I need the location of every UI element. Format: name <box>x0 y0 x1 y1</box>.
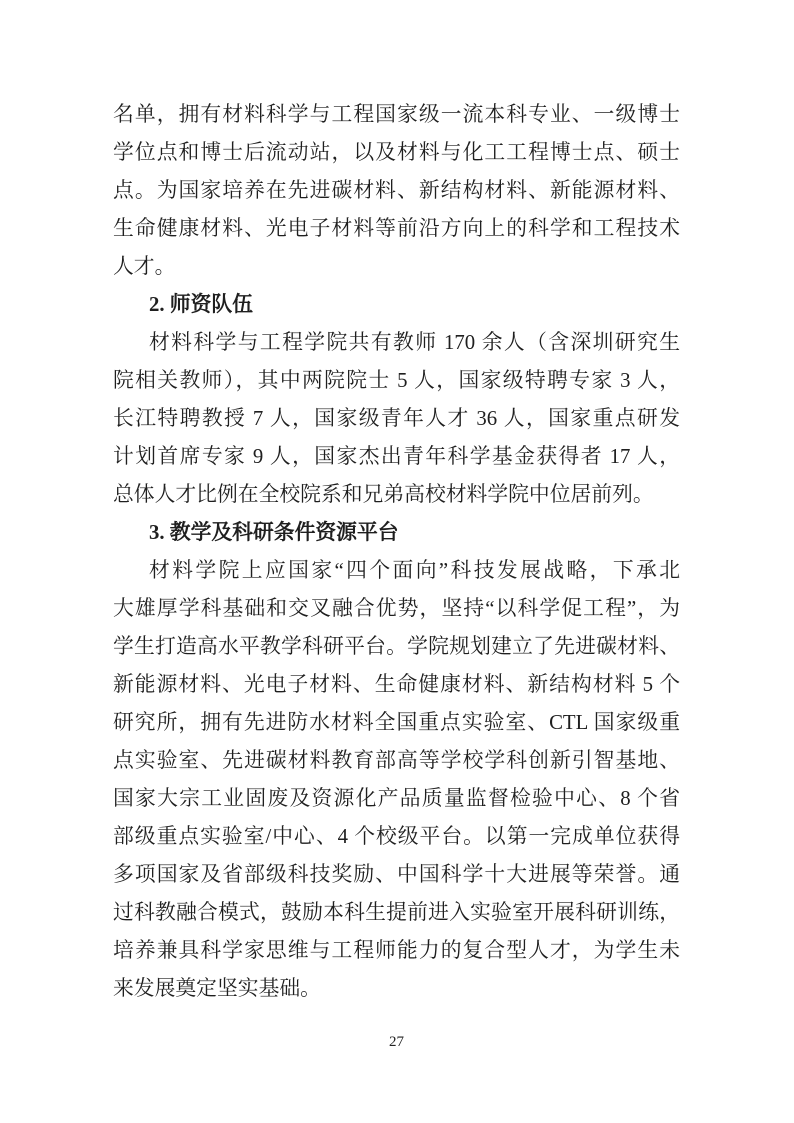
text-line: 大雄厚学科基础和交叉融合优势，坚持“以科学促工程”，为 <box>113 590 680 628</box>
page-number: 27 <box>113 1034 680 1051</box>
text-line: 长江特聘教授 7 人，国家级青年人才 36 人，国家重点研发 <box>113 400 680 438</box>
text-line: 过科教融合模式，鼓励本科生提前进入实验室开展科研训练， <box>113 894 680 932</box>
document-page: 名单，拥有材料科学与工程国家级一流本科专业、一级博士学位点和博士后流动站，以及材… <box>0 0 794 1123</box>
text-line: 学位点和博士后流动站，以及材料与化工工程博士点、硕士 <box>113 134 680 172</box>
text-line: 培养兼具科学家思维与工程师能力的复合型人才，为学生未 <box>113 932 680 970</box>
text-line: 计划首席专家 9 人，国家杰出青年科学基金获得者 17 人， <box>113 438 680 476</box>
text-line: 材料科学与工程学院共有教师 170 余人（含深圳研究生 <box>113 324 680 362</box>
text-line: 新能源材料、光电子材料、生命健康材料、新结构材料 5 个 <box>113 666 680 704</box>
section-heading: 3. 教学及科研条件资源平台 <box>113 514 680 552</box>
text-line: 名单，拥有材料科学与工程国家级一流本科专业、一级博士 <box>113 96 680 134</box>
paragraph: 名单，拥有材料科学与工程国家级一流本科专业、一级博士学位点和博士后流动站，以及材… <box>113 96 680 286</box>
text-line: 研究所，拥有先进防水材料全国重点实验室、CTL 国家级重 <box>113 704 680 742</box>
text-line: 来发展奠定坚实基础。 <box>113 970 680 1008</box>
text-line: 国家大宗工业固废及资源化产品质量监督检验中心、8 个省 <box>113 780 680 818</box>
text-line: 点实验室、先进碳材料教育部高等学校学科创新引智基地、 <box>113 742 680 780</box>
text-line: 人才。 <box>113 248 680 286</box>
text-line: 院相关教师），其中两院院士 5 人，国家级特聘专家 3 人， <box>113 362 680 400</box>
text-line: 学生打造高水平教学科研平台。学院规划建立了先进碳材料、 <box>113 628 680 666</box>
paragraph: 材料学院上应国家“四个面向”科技发展战略，下承北大雄厚学科基础和交叉融合优势，坚… <box>113 552 680 1008</box>
text-line: 总体人才比例在全校院系和兄弟高校材料学院中位居前列。 <box>113 476 680 514</box>
text-line: 生命健康材料、光电子材料等前沿方向上的科学和工程技术 <box>113 210 680 248</box>
text-line: 多项国家及省部级科技奖励、中国科学十大进展等荣誉。通 <box>113 856 680 894</box>
section-heading: 2. 师资队伍 <box>113 286 680 324</box>
document-body: 名单，拥有材料科学与工程国家级一流本科专业、一级博士学位点和博士后流动站，以及材… <box>113 96 680 1008</box>
text-line: 点。为国家培养在先进碳材料、新结构材料、新能源材料、 <box>113 172 680 210</box>
paragraph: 材料科学与工程学院共有教师 170 余人（含深圳研究生院相关教师），其中两院院士… <box>113 324 680 514</box>
text-line: 材料学院上应国家“四个面向”科技发展战略，下承北 <box>113 552 680 590</box>
text-line: 部级重点实验室/中心、4 个校级平台。以第一完成单位获得 <box>113 818 680 856</box>
